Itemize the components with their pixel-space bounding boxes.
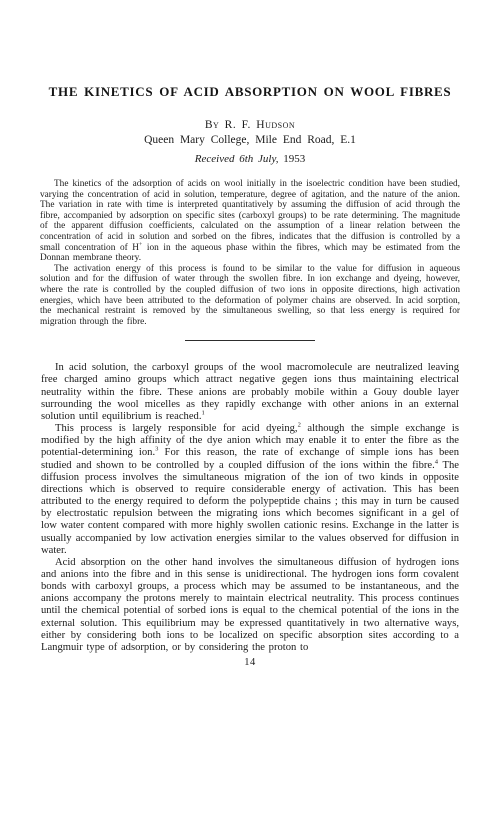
page-title: THE KINETICS OF ACID ABSORPTION ON WOOL … — [30, 0, 470, 100]
body-paragraph: Acid absorption on the other hand involv… — [41, 557, 459, 654]
author-byline: By R. F. Hudson — [0, 119, 500, 131]
author-affiliation: Queen Mary College, Mile End Road, E.1 — [0, 134, 500, 146]
page-number: 14 — [0, 657, 500, 668]
body-text-section: In acid solution, the carboxyl groups of… — [41, 362, 459, 654]
received-date-line: Received 6th July, 1953 — [0, 153, 500, 165]
section-divider — [185, 340, 315, 341]
abstract-paragraph: The kinetics of the adsorption of acids … — [40, 179, 460, 264]
abstract-paragraph: The activation energy of this process is… — [40, 264, 460, 328]
scanned-paper-page: THE KINETICS OF ACID ABSORPTION ON WOOL … — [0, 0, 500, 826]
abstract-section: The kinetics of the adsorption of acids … — [40, 179, 460, 327]
received-date-year: 1953 — [283, 153, 305, 165]
body-paragraph: This process is largely responsible for … — [41, 423, 459, 557]
body-paragraph: In acid solution, the carboxyl groups of… — [41, 362, 459, 423]
received-date-italic: Received 6th July, — [195, 153, 279, 165]
